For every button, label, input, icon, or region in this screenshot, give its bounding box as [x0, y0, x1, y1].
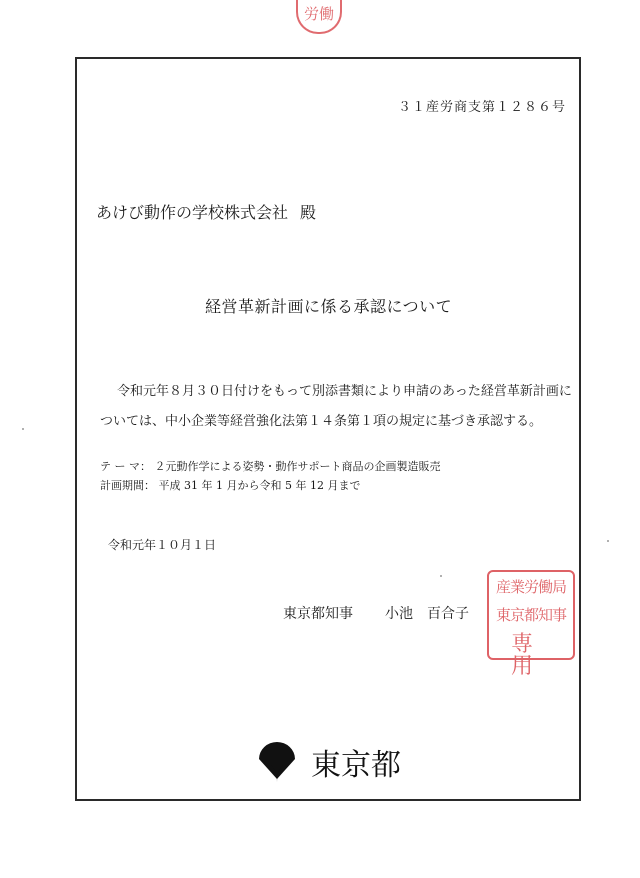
official-seal-stamp: 産業労働局 東京都知事 専用	[487, 570, 575, 660]
period-label: 計画期間：	[100, 479, 155, 492]
theme-row: テ ー マ： ２元動作学による姿勢・動作サポート商品の企画製造販売	[100, 458, 441, 474]
addressee-honorific: 殿	[300, 203, 316, 222]
top-seal-text: 労働	[304, 5, 334, 23]
signer: 東京都知事小池百合子	[283, 603, 469, 623]
body-line-2: ついては、中小企業等経営強化法第１４条第１項の規定に基づき承認する。	[100, 410, 542, 429]
tokyo-logo: 東京都	[257, 740, 401, 784]
addressee: あけび動作の学校株式会社殿	[96, 200, 316, 223]
signer-surname: 小池	[385, 606, 413, 622]
scan-dust	[22, 428, 24, 430]
period-value: 平成 31 年 1 月から令和 5 年 12 月まで	[159, 479, 361, 492]
stamp-row-1: 産業労働局	[493, 580, 569, 595]
scan-dust	[607, 540, 609, 542]
stamp-row-2: 東京都知事	[493, 608, 569, 623]
period-row: 計画期間： 平成 31 年 1 月から令和 5 年 12 月まで	[100, 477, 360, 493]
document-frame	[75, 57, 581, 801]
issue-date: 令和元年１０月１日	[108, 536, 216, 553]
scan-dust	[440, 575, 442, 577]
signer-given-name: 百合子	[427, 606, 469, 622]
theme-value: ２元動作学による姿勢・動作サポート商品の企画製造販売	[155, 460, 441, 473]
body-line-1: 令和元年８月３０日付けをもって別添書類により申請のあった経営革新計画に	[117, 380, 572, 399]
logo-text: 東京都	[311, 740, 401, 784]
signer-title: 東京都知事	[283, 606, 353, 622]
theme-label: テ ー マ：	[100, 460, 151, 473]
ginkgo-leaf-icon	[257, 741, 297, 783]
addressee-name: あけび動作の学校株式会社	[96, 203, 288, 222]
document-title: 経営革新計画に係る承認について	[205, 294, 452, 317]
document-number: ３１産労商支第１２８６号	[398, 96, 566, 115]
stamp-row-3: 専用	[493, 634, 569, 678]
top-seal-stamp: 労働	[296, 0, 342, 34]
